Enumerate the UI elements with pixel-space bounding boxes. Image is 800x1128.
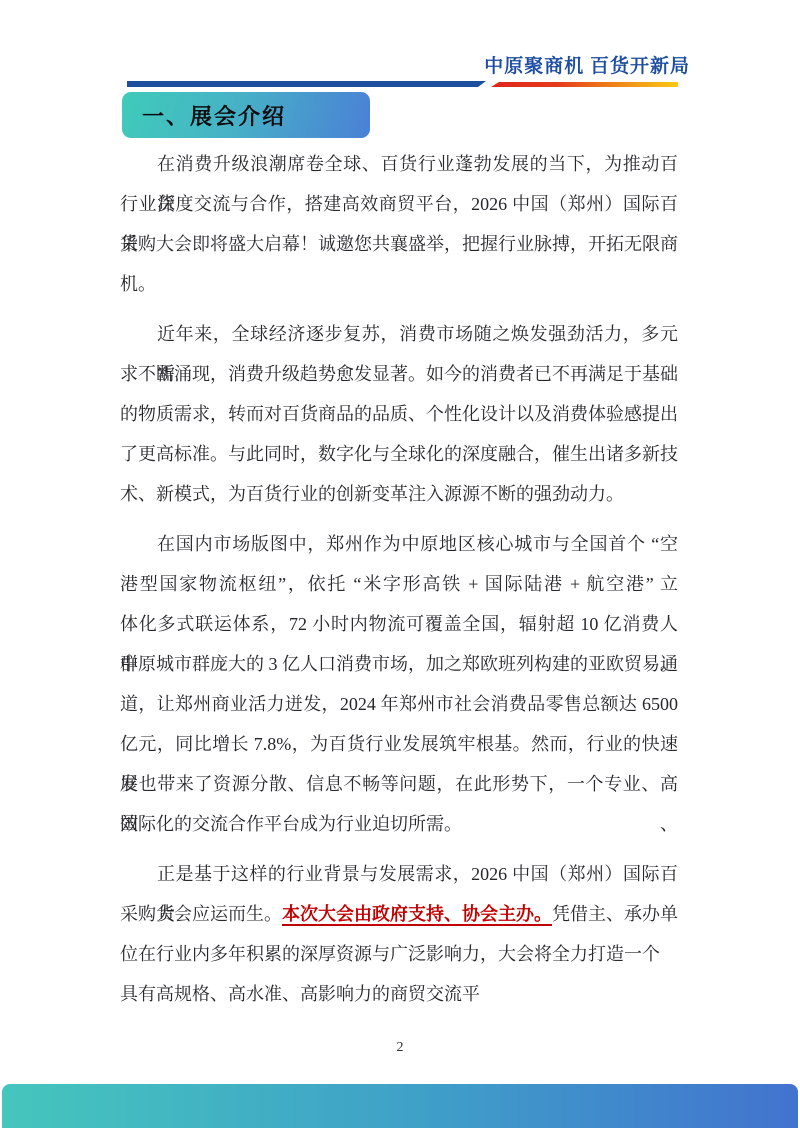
text-line: 采购大会应运而生。本次大会由政府支持、协会主办。凭借主、承办单 [120, 894, 678, 934]
text-line: 机。 [120, 264, 678, 304]
text-segment: 了更高标准。与此同时，数字化与全球化的深度融合，催生出诸多新技 [120, 444, 678, 464]
header-rule-blue [127, 81, 486, 87]
text-segment: 中原城市群庞大的 3 亿人口消费市场，加之郑欧班列构建的亚欧贸易通 [120, 654, 678, 674]
text-line: 正是基于这样的行业背景与发展需求，2026 中国（郑州）国际百货 [120, 854, 678, 894]
text-line: 亿元，同比增长 7.8%，为百货行业发展筑牢根基。然而，行业的快速发 [120, 724, 678, 764]
text-line: 的物质需求，转而对百货商品的品质、个性化设计以及消费体验感提出 [120, 394, 678, 434]
text-line: 行业深度交流与合作，搭建高效商贸平台，2026 中国（郑州）国际百货 [120, 184, 678, 224]
text-line: 采购大会即将盛大启幕！诚邀您共襄盛举，把握行业脉搏，开拓无限商 [120, 224, 678, 264]
text-line: 道，让郑州商业活力迸发，2024 年郑州市社会消费品零售总额达 6500 [120, 684, 678, 724]
text-line: 中原城市群庞大的 3 亿人口消费市场，加之郑欧班列构建的亚欧贸易通 [120, 644, 678, 684]
text-line: 位在行业内多年积累的深厚资源与广泛影响力，大会将全力打造一个 [120, 934, 678, 974]
text-segment: 位在行业内多年积累的深厚资源与广泛影响力，大会将全力打造一个 [120, 944, 660, 964]
paragraph: 在国内市场版图中，郑州作为中原地区核心城市与全国首个 “空港型国家物流枢纽”，依… [120, 524, 678, 844]
header-slogan: 中原聚商机 百货开新局 [484, 51, 690, 78]
text-line: 体化多式联运体系，72 小时内物流可覆盖全国，辐射超 10 亿消费人群。 [120, 604, 678, 644]
paragraph: 在消费升级浪潮席卷全球、百货行业蓬勃发展的当下，为推动百货行业深度交流与合作，搭… [120, 144, 678, 304]
highlight-red-text: 本次大会由政府支持、协会主办。 [282, 904, 552, 924]
text-line: 展也带来了资源分散、信息不畅等问题，在此形势下，一个专业、高效、 [120, 764, 678, 804]
text-segment: 在国内市场版图中，郑州作为中原地区核心城市与全国首个 “空 [157, 534, 678, 554]
text-line: 港型国家物流枢纽”，依托 “米字形高铁 + 国际陆港 + 航空港” 立 [120, 564, 678, 604]
text-line: 求不断涌现，消费升级趋势愈发显著。如今的消费者已不再满足于基础 [120, 354, 678, 394]
text-segment: 术、新模式，为百货行业的创新变革注入源源不断的强劲动力。 [120, 484, 624, 504]
text-line: 在消费升级浪潮席卷全球、百货行业蓬勃发展的当下，为推动百货 [120, 144, 678, 184]
section-title-badge: 一、展会介绍 [122, 92, 370, 138]
text-segment: 具有高规格、高水准、高影响力的商贸交流平 [120, 984, 480, 1004]
text-line: 具有高规格、高水准、高影响力的商贸交流平 [120, 974, 678, 1014]
text-segment: 机。 [120, 274, 156, 294]
text-line: 术、新模式，为百货行业的创新变革注入源源不断的强劲动力。 [120, 474, 678, 514]
text-segment: 的物质需求，转而对百货商品的品质、个性化设计以及消费体验感提出 [120, 404, 678, 424]
paragraph: 正是基于这样的行业背景与发展需求，2026 中国（郑州）国际百货采购大会应运而生… [120, 854, 678, 1014]
text-line: 近年来，全球经济逐步复苏，消费市场随之焕发强劲活力，多元需 [120, 314, 678, 354]
text-segment: 求不断涌现，消费升级趋势愈发显著。如今的消费者已不再满足于基础 [120, 364, 678, 384]
text-segment: 道，让郑州商业活力迸发，2024 年郑州市社会消费品零售总额达 6500 [120, 694, 678, 714]
text-segment: 采购大会即将盛大启幕！诚邀您共襄盛举，把握行业脉搏，开拓无限商 [120, 234, 678, 254]
text-segment: 国际化的交流合作平台成为行业迫切所需。 [120, 814, 462, 834]
paragraph: 近年来，全球经济逐步复苏，消费市场随之焕发强劲活力，多元需求不断涌现，消费升级趋… [120, 314, 678, 514]
page-number: 2 [0, 1040, 800, 1056]
section-title: 一、展会介绍 [142, 100, 286, 131]
body-text: 在消费升级浪潮席卷全球、百货行业蓬勃发展的当下，为推动百货行业深度交流与合作，搭… [120, 144, 678, 1014]
text-segment: 凭借主、承办单 [552, 904, 678, 924]
text-line: 了更高标准。与此同时，数字化与全球化的深度融合，催生出诸多新技 [120, 434, 678, 474]
text-segment: 港型国家物流枢纽”，依托 “米字形高铁 + 国际陆港 + 航空港” 立 [120, 574, 678, 594]
footer-bar [2, 1084, 798, 1128]
text-segment: 采购大会应运而生。 [120, 904, 282, 924]
text-line: 在国内市场版图中，郑州作为中原地区核心城市与全国首个 “空 [120, 524, 678, 564]
header-rule-accent [491, 82, 678, 87]
